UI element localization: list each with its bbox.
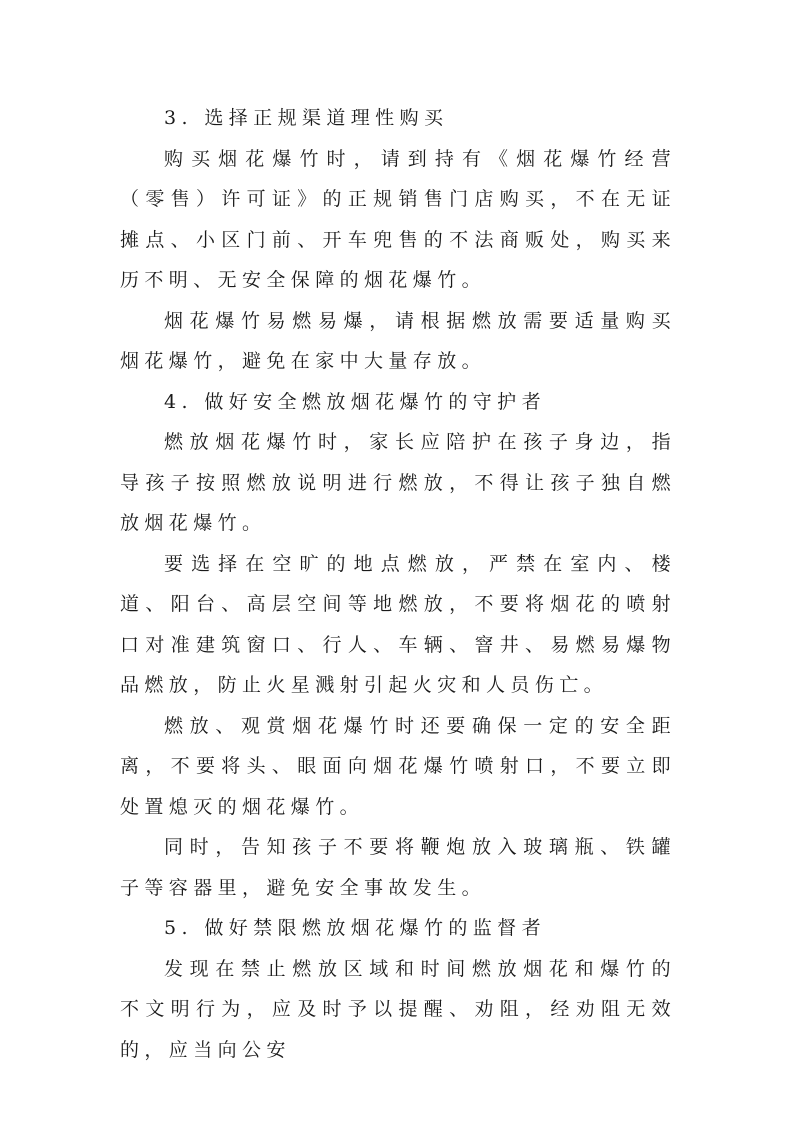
section-heading-5: 5. 做好禁限燃放烟花爆竹的监督者: [120, 908, 676, 949]
section-heading-3: 3. 选择正规渠道理性购买: [120, 98, 676, 139]
paragraph-report-violations: 发现在禁止燃放区域和时间燃放烟花和爆竹的不文明行为，应及时予以提醒、劝阻，经劝阻…: [120, 949, 676, 1071]
section-heading-4: 4. 做好安全燃放烟花爆竹的守护者: [120, 382, 676, 423]
paragraph-purchase-moderate: 烟花爆竹易燃易爆，请根据燃放需要适量购买烟花爆竹，避免在家中大量存放。: [120, 301, 676, 382]
paragraph-safe-distance: 燃放、观赏烟花爆竹时还要确保一定的安全距离，不要将头、眼面向烟花爆竹喷射口，不要…: [120, 706, 676, 828]
paragraph-parent-supervision: 燃放烟花爆竹时，家长应陪护在孩子身边，指导孩子按照燃放说明进行燃放，不得让孩子独…: [120, 422, 676, 544]
paragraph-open-location: 要选择在空旷的地点燃放，严禁在室内、楼道、阳台、高层空间等地燃放，不要将烟花的喷…: [120, 544, 676, 706]
paragraph-purchase-licensed: 购买烟花爆竹时，请到持有《烟花爆竹经营（零售）许可证》的正规销售门店购买，不在无…: [120, 139, 676, 301]
document-page: 3. 选择正规渠道理性购买 购买烟花爆竹时，请到持有《烟花爆竹经营（零售）许可证…: [120, 98, 676, 1070]
paragraph-container-warning: 同时，告知孩子不要将鞭炮放入玻璃瓶、铁罐子等容器里，避免安全事故发生。: [120, 827, 676, 908]
